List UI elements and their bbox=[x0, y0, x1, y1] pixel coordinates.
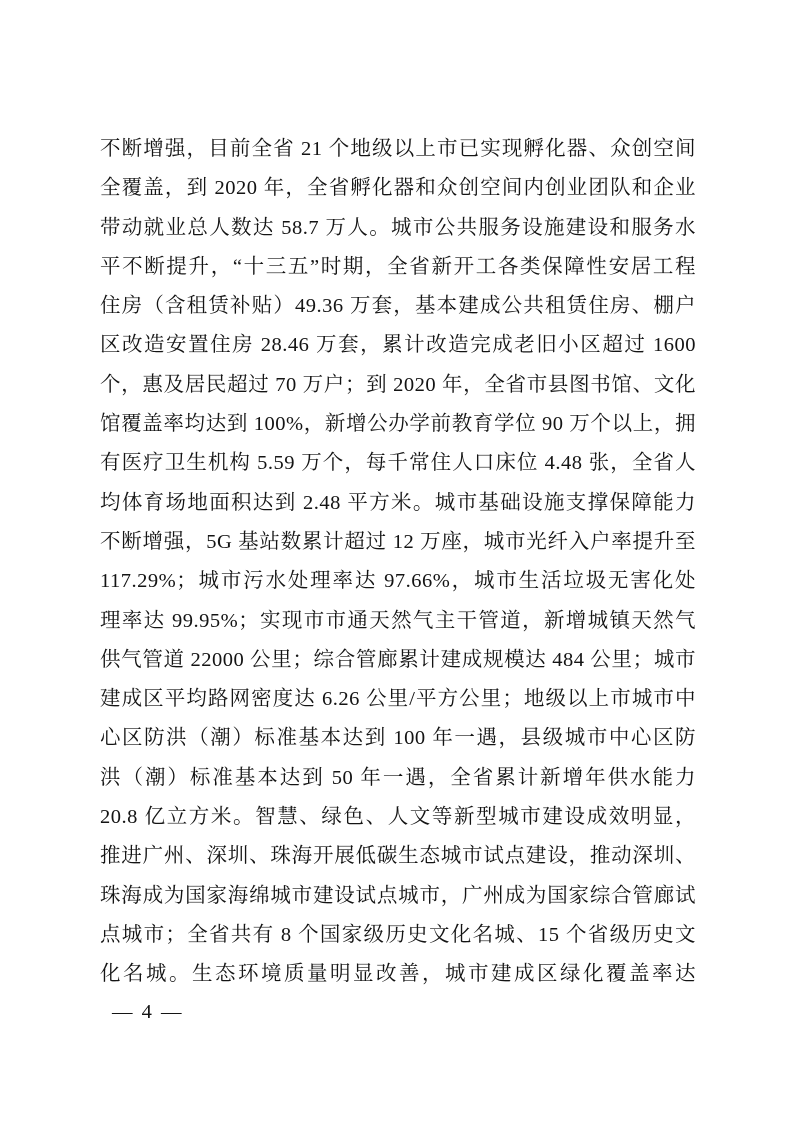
body-text-line: 供气管道 22000 公里；综合管廊累计建成规模达 484 公里；城市 bbox=[100, 641, 696, 680]
body-text-line: 理率达 99.95%；实现市市通天然气主干管道，新增城镇天然气 bbox=[100, 602, 696, 641]
body-text-line: 均体育场地面积达到 2.48 平方米。城市基础设施支撑保障能力 bbox=[100, 484, 696, 523]
body-text-line: 馆覆盖率均达到 100%，新增公办学前教育学位 90 万个以上，拥 bbox=[100, 405, 696, 444]
body-text-line: 不断增强，5G 基站数累计超过 12 万座，城市光纤入户率提升至 bbox=[100, 523, 696, 562]
body-text-line: 全覆盖，到 2020 年，全省孵化器和众创空间内创业团队和企业 bbox=[100, 169, 696, 208]
body-text-block: 不断增强，目前全省 21 个地级以上市已实现孵化器、众创空间 全覆盖，到 202… bbox=[100, 130, 696, 995]
body-text-line: 建成区平均路网密度达 6.26 公里/平方公里；地级以上市城市中 bbox=[100, 680, 696, 719]
body-text-line: 个，惠及居民超过 70 万户；到 2020 年，全省市县图书馆、文化 bbox=[100, 366, 696, 405]
body-text-line: 平不断提升，“十三五”时期，全省新开工各类保障性安居工程 bbox=[100, 248, 696, 287]
body-text-line: 带动就业总人数达 58.7 万人。城市公共服务设施建设和服务水 bbox=[100, 209, 696, 248]
body-text-line: 117.29%；城市污水处理率达 97.66%，城市生活垃圾无害化处 bbox=[100, 562, 696, 601]
body-text-line: 洪（潮）标准基本达到 50 年一遇，全省累计新增年供水能力 bbox=[100, 759, 696, 798]
body-text-line: 不断增强，目前全省 21 个地级以上市已实现孵化器、众创空间 bbox=[100, 130, 696, 169]
body-text-line: 珠海成为国家海绵城市建设试点城市，广州成为国家综合管廊试 bbox=[100, 877, 696, 916]
body-text-line: 20.8 亿立方米。智慧、绿色、人文等新型城市建设成效明显， bbox=[100, 798, 696, 837]
body-text-line: 心区防洪（潮）标准基本达到 100 年一遇，县级城市中心区防 bbox=[100, 719, 696, 758]
body-text-line: 区改造安置住房 28.46 万套，累计改造完成老旧小区超过 1600 bbox=[100, 326, 696, 365]
document-page: 不断增强，目前全省 21 个地级以上市已实现孵化器、众创空间 全覆盖，到 202… bbox=[0, 0, 794, 1123]
body-text-line: 住房（含租赁补贴）49.36 万套，基本建成公共租赁住房、棚户 bbox=[100, 287, 696, 326]
body-text-line: 推进广州、深圳、珠海开展低碳生态城市试点建设，推动深圳、 bbox=[100, 837, 696, 876]
body-text-line: 点城市；全省共有 8 个国家级历史文化名城、15 个省级历史文 bbox=[100, 916, 696, 955]
body-text-line: 有医疗卫生机构 5.59 万个，每千常住人口床位 4.48 张，全省人 bbox=[100, 444, 696, 483]
page-number: — 4 — bbox=[112, 999, 184, 1025]
body-text-line: 化名城。生态环境质量明显改善，城市建成区绿化覆盖率达 bbox=[100, 955, 696, 994]
